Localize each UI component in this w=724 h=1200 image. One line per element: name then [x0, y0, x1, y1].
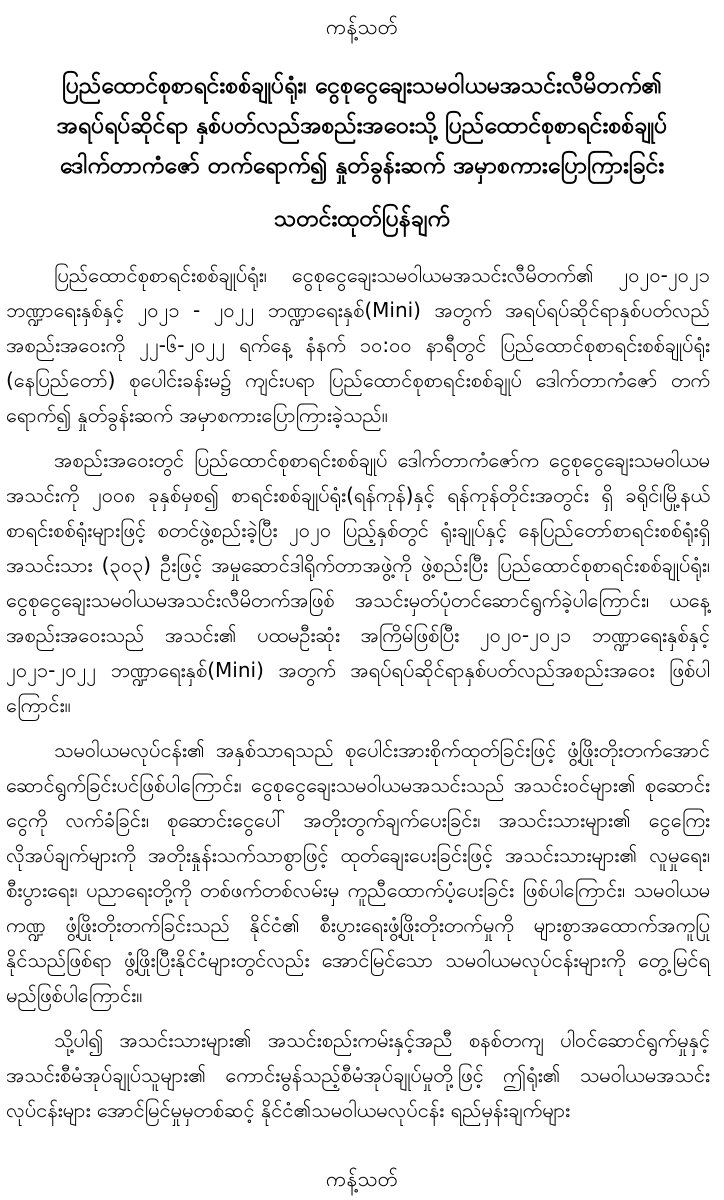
- classification-header: ကန့်သတ်: [0, 0, 724, 42]
- paragraph-1: ပြည်ထောင်စုစာရင်းစစ်ချုပ်ရုံး၊ ငွေစုငွေခ…: [6, 258, 710, 433]
- title-line-1: ပြည်ထောင်စုစာရင်းစစ်ချုပ်ရုံး၊ ငွေစုငွေခ…: [10, 66, 714, 106]
- document-body: ပြည်ထောင်စုစာရင်းစစ်ချုပ်ရုံး၊ ငွေစုငွေခ…: [0, 258, 724, 1128]
- paragraph-3: သမဝါယမလုပ်ငန်း၏ အနှစ်သာရသည် စုပေါင်းအားစ…: [6, 733, 710, 1013]
- paragraph-2: အစည်းအဝေးတွင် ပြည်ထောင်စုစာရင်းစစ်ချုပ် …: [6, 443, 710, 723]
- title-line-2: အရပ်ရပ်ဆိုင်ရာ နှစ်ပတ်လည်အစည်းအဝေးသို့ ပ…: [10, 106, 714, 146]
- classification-footer: ကန့်သတ်: [0, 1164, 724, 1194]
- press-release-subtitle: သတင်းထုတ်ပြန်ချက်: [0, 202, 724, 236]
- paragraph-4: သို့ပါ၍ အသင်းသားများ၏ အသင်းစည်းကမ်းနှင့်…: [6, 1023, 710, 1128]
- title-line-3: ဒေါက်တာကံဇော် တက်ရောက်၍ နှုတ်ခွန်းဆက် အမ…: [10, 146, 714, 186]
- document-title: ပြည်ထောင်စုစာရင်းစစ်ချုပ်ရုံး၊ ငွေစုငွေခ…: [0, 66, 724, 186]
- document-page: ကန့်သတ် ပြည်ထောင်စုစာရင်းစစ်ချုပ်ရုံး၊ င…: [0, 0, 724, 1200]
